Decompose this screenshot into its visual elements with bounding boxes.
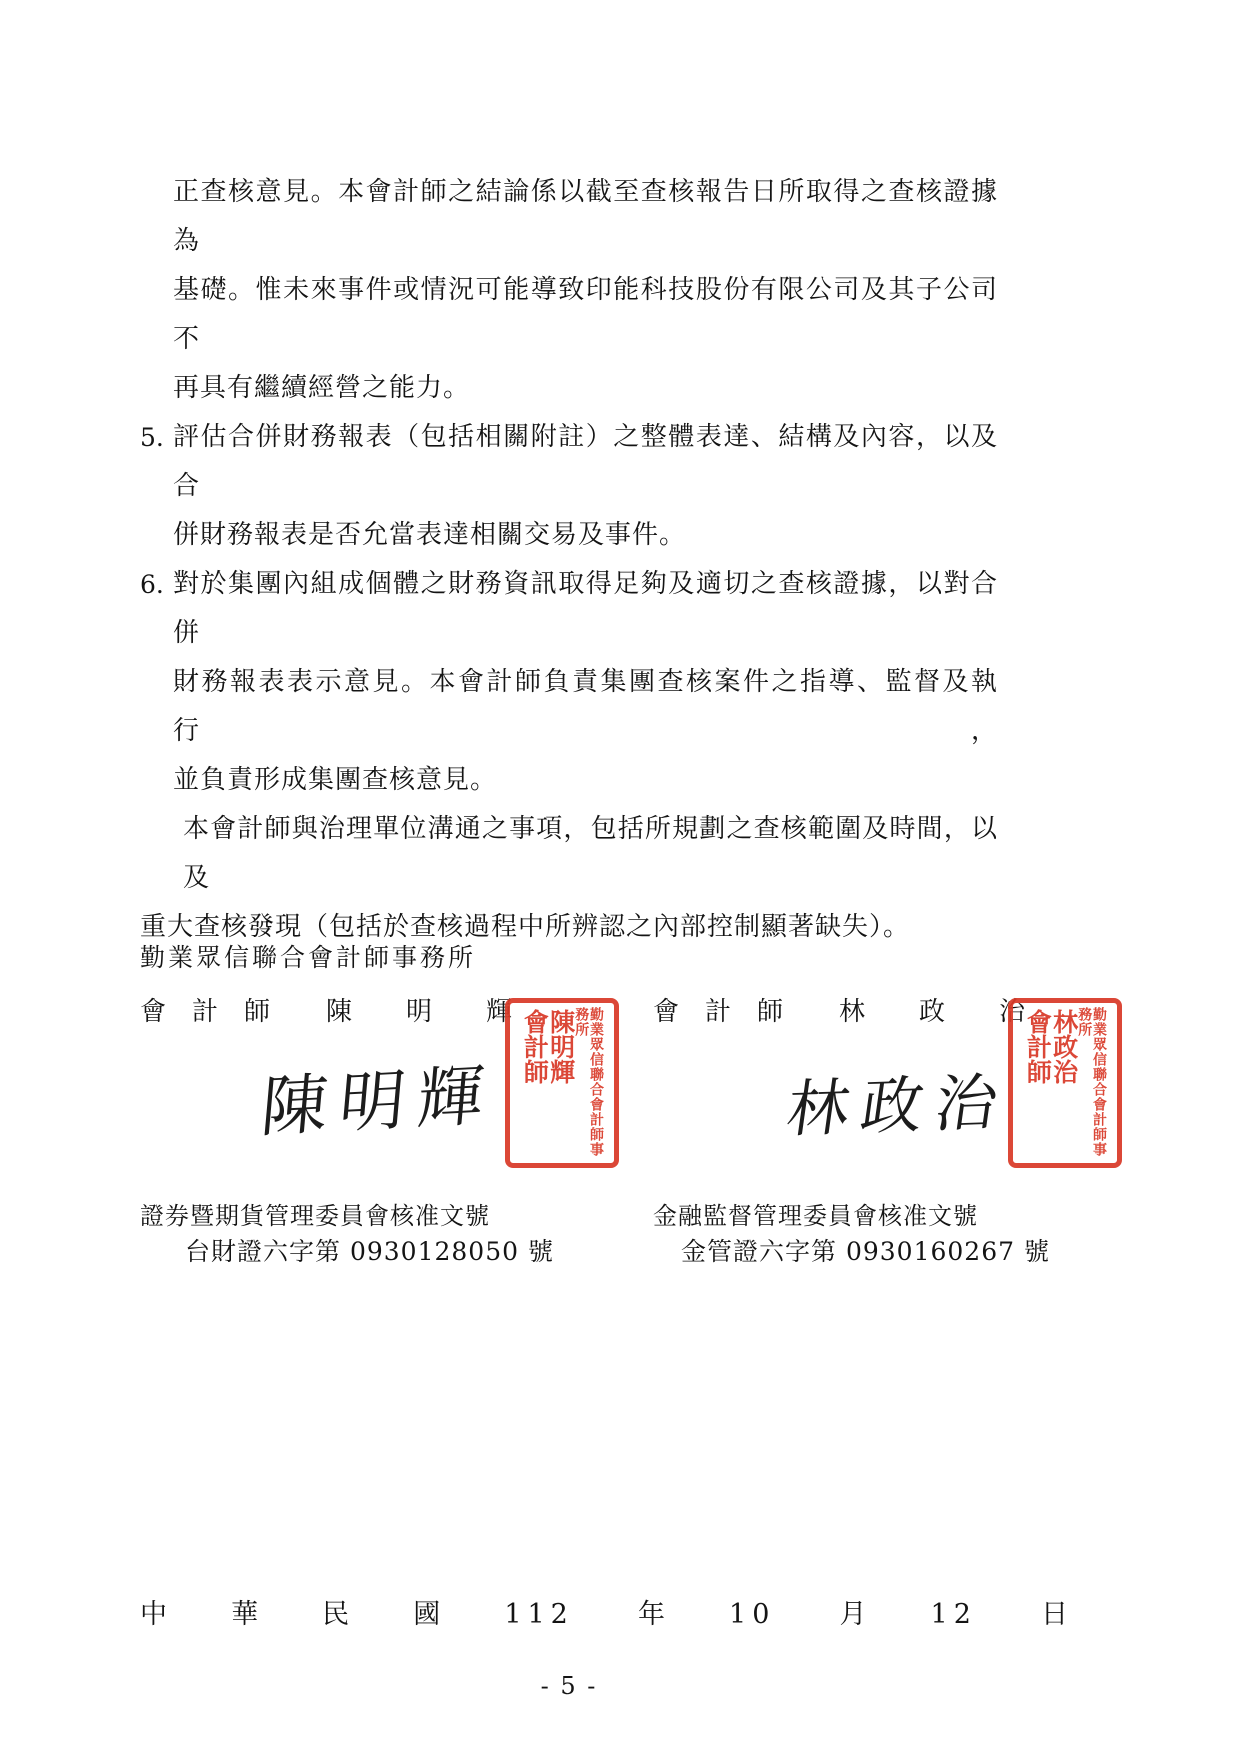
seal-firm-text: 勤業眾信聯合會計師事務所 <box>1077 1007 1106 1159</box>
report-body: 正查核意見。本會計師之結論係以截至查核報告日所取得之查核證據為 基礎。惟未來事件… <box>140 168 998 952</box>
body-line: 評估合併財務報表（包括相關附註）之整體表達、結構及內容，以及合 <box>173 413 998 511</box>
date-part: 國 <box>413 1592 440 1631</box>
seal-name-text: 陳明輝 <box>547 1009 573 1159</box>
approval-title: 金融監督管理委員會核准文號 <box>653 1198 1050 1234</box>
date-year: 112 <box>504 1599 574 1630</box>
seal-label-text: 會計師 <box>521 1009 547 1159</box>
date-part: 年 <box>638 1592 665 1631</box>
body-line: 對於集團內組成個體之財務資訊取得足夠及適切之查核證據，以對合併 <box>173 560 998 658</box>
seal-label-text: 會計師 <box>1024 1009 1050 1159</box>
approval-block-fsc: 金融監督管理委員會核准文號 金管證六字第 0930160267 號 <box>653 1198 1050 1270</box>
list-item-number: 5. <box>140 413 164 462</box>
list-item-6: 6. 對於集團內組成個體之財務資訊取得足夠及適切之查核證據，以對合併 財務報表表… <box>173 560 998 805</box>
date-month: 10 <box>729 1599 775 1630</box>
date-part: 月 <box>839 1592 866 1631</box>
seal-text: 勤業眾信聯合會計師事務所 陳明輝 會計師 <box>521 1007 603 1159</box>
body-line: 正查核意見。本會計師之結論係以截至查核報告日所取得之查核證據為 <box>173 168 998 266</box>
firm-name: 勤業眾信聯合會計師事務所 <box>140 942 476 974</box>
handwritten-signature-2: 林政治 <box>782 1052 1016 1149</box>
body-line: 本會計師與治理單位溝通之事項，包括所規劃之查核範圍及時間，以及 <box>140 805 998 903</box>
closing-paragraph: 本會計師與治理單位溝通之事項，包括所規劃之查核範圍及時間，以及 重大查核發現（包… <box>140 805 998 952</box>
date-part: 日 <box>1041 1592 1068 1631</box>
seal-firm-text: 勤業眾信聯合會計師事務所 <box>574 1007 603 1159</box>
accountant-label: 會計師 <box>653 997 809 1027</box>
audit-report-page: 正查核意見。本會計師之結論係以截至查核報告日所取得之查核證據為 基礎。惟未來事件… <box>0 0 1240 1755</box>
date-day: 12 <box>931 1599 977 1630</box>
body-line: 再具有繼續經營之能力。 <box>173 364 998 413</box>
roc-date-line: 中 華 民 國 112 年 10 月 12 日 <box>140 1592 1068 1631</box>
body-line: 基礎。惟未來事件或情況可能導致印能科技股份有限公司及其子公司不 <box>173 266 998 364</box>
body-line: 併財務報表是否允當表達相關交易及事件。 <box>173 511 998 560</box>
handwritten-signature-1: 陳明輝 <box>258 1042 500 1150</box>
body-line: 財務報表表示意見。本會計師負責集團查核案件之指導、監督及執行， <box>173 658 998 756</box>
date-part: 中 <box>140 1592 167 1631</box>
approval-number: 金管證六字第 0930160267 號 <box>653 1234 1050 1270</box>
accountant-row-1: 會計師陳明輝 <box>140 996 566 1028</box>
list-item-5: 5. 評估合併財務報表（包括相關附註）之整體表達、結構及內容，以及合 併財務報表… <box>173 413 998 560</box>
date-part: 華 <box>231 1592 258 1631</box>
seal-name-text: 林政治 <box>1050 1009 1076 1159</box>
seal-text: 勤業眾信聯合會計師事務所 林政治 會計師 <box>1024 1007 1106 1159</box>
continuation-paragraph: 正查核意見。本會計師之結論係以截至查核報告日所取得之查核證據為 基礎。惟未來事件… <box>173 168 998 413</box>
approval-title: 證券暨期貨管理委員會核准文號 <box>140 1198 554 1234</box>
approval-block-securities: 證券暨期貨管理委員會核准文號 台財證六字第 0930128050 號 <box>140 1198 554 1270</box>
body-line: 並負責形成集團查核意見。 <box>173 756 998 805</box>
list-item-number: 6. <box>140 560 164 609</box>
red-seal-stamp-2: 勤業眾信聯合會計師事務所 林政治 會計師 <box>1008 998 1122 1168</box>
date-part: 民 <box>322 1592 349 1631</box>
page-number: - 5 - <box>140 1672 998 1700</box>
approval-number: 台財證六字第 0930128050 號 <box>140 1234 554 1270</box>
accountant-label: 會計師 <box>140 997 296 1027</box>
red-seal-stamp-1: 勤業眾信聯合會計師事務所 陳明輝 會計師 <box>505 998 619 1168</box>
